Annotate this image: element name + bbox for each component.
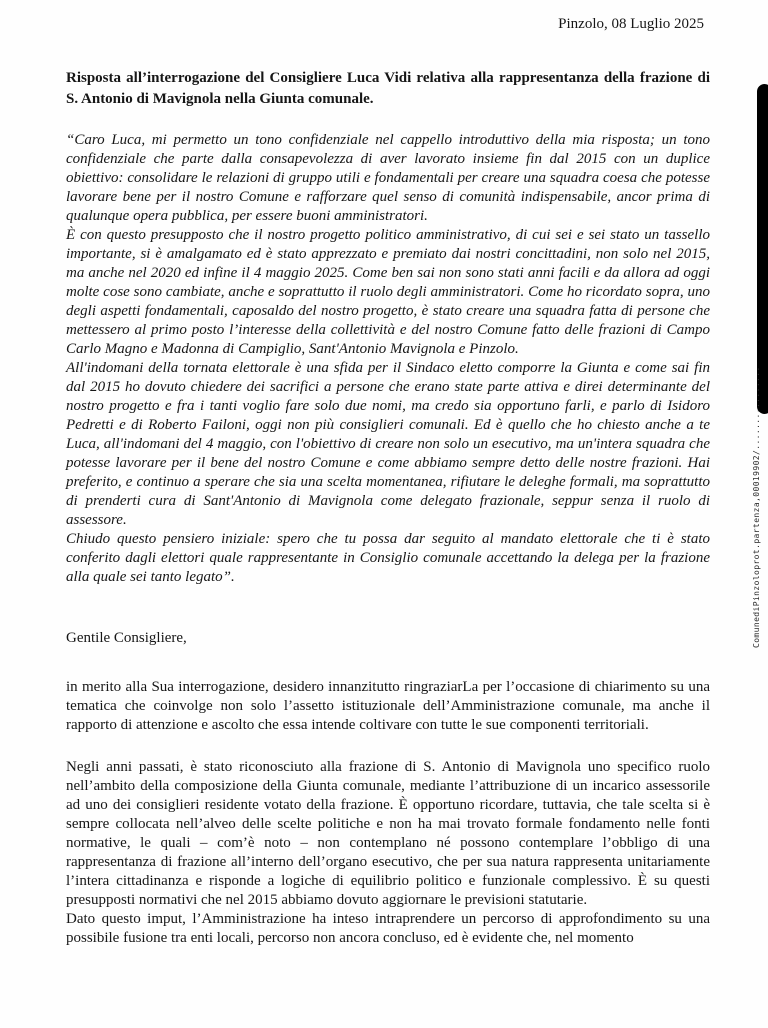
body-paragraph: Dato questo imput, l’Amministrazione ha … bbox=[66, 910, 710, 948]
body-paragraph: Negli anni passati, è stato riconosciuto… bbox=[66, 758, 710, 910]
date-line: Pinzolo, 08 Luglio 2025 bbox=[66, 14, 704, 34]
quote-paragraph: “Caro Luca, mi permetto un tono confiden… bbox=[66, 131, 710, 226]
quote-paragraph: All'indomani della tornata elettorale è … bbox=[66, 359, 710, 530]
subject-heading: Risposta all’interrogazione del Consigli… bbox=[66, 68, 710, 110]
document-page: Pinzolo, 08 Luglio 2025 Risposta all’int… bbox=[0, 0, 768, 1028]
quoted-letter-block: “Caro Luca, mi permetto un tono confiden… bbox=[66, 131, 710, 587]
quote-paragraph: È con questo presupposto che il nostro p… bbox=[66, 226, 710, 359]
body-block: Negli anni passati, è stato riconosciuto… bbox=[66, 758, 710, 948]
quote-paragraph: Chiudo questo pensiero iniziale: spero c… bbox=[66, 530, 710, 587]
protocol-stamp-text: ComunediPinzoloprot.partenza,00019902/..… bbox=[752, 276, 761, 648]
body-paragraph: in merito alla Sua interrogazione, desid… bbox=[66, 678, 710, 735]
salutation: Gentile Consigliere, bbox=[66, 629, 710, 648]
